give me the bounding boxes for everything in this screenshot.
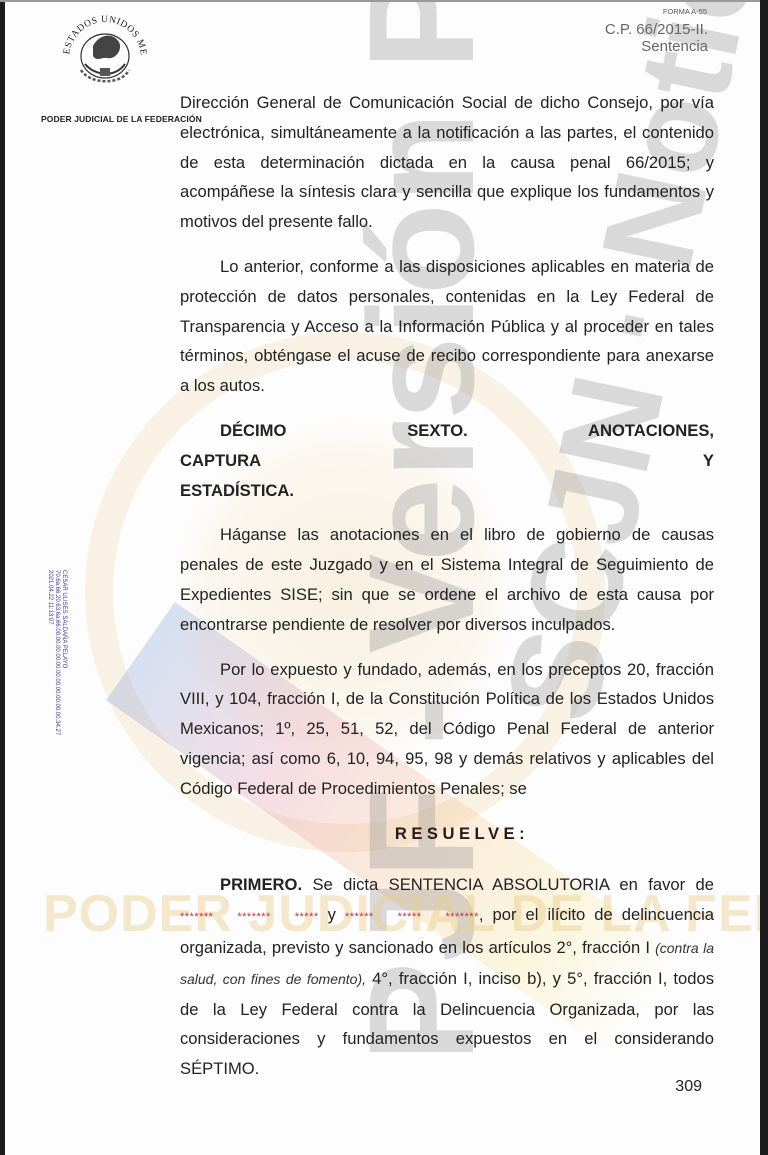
- signature-certificate: 70.6a.66.20.63.6a.66.00.00.00.00.00.00.0…: [53, 570, 60, 735]
- signer-name: CESAR ULISES SALDAÑA PELAYO: [60, 570, 67, 735]
- electronic-signature: CESAR ULISES SALDAÑA PELAYO 70.6a.66.20.…: [43, 570, 69, 750]
- redacted-name-2: ****** ***** *******: [345, 911, 479, 923]
- signature-timestamp: 2021.04.22 11:13:07: [46, 570, 53, 735]
- paragraph-data-protection: Lo anterior, conforme a las disposicione…: [180, 252, 714, 401]
- first-resolution-label: PRIMERO.: [220, 875, 302, 894]
- paragraph-legal-basis: Por lo expuesto y fundado, además, en lo…: [180, 655, 714, 804]
- document-body: Dirección General de Comunicación Social…: [180, 88, 714, 1099]
- document-type: Sentencia: [641, 38, 708, 55]
- page-number: 309: [675, 1078, 702, 1096]
- paragraph-communication: Dirección General de Comunicación Social…: [180, 88, 714, 237]
- document-page: PJF - Versión Pública SCJN · Noticias PO…: [5, 2, 760, 1155]
- viewer-right-edge: [760, 0, 768, 1155]
- paragraph-first-resolution: PRIMERO. Se dicta SENTENCIA ABSOLUTORIA …: [180, 870, 714, 1084]
- paragraph-annotations: Háganse las anotaciones en el libro de g…: [180, 520, 714, 639]
- agency-name: PODER JUDICIAL DE LA FEDERACIÓN: [41, 114, 202, 124]
- section-heading-line2: ESTADÍSTICA.: [180, 476, 714, 506]
- section-heading-line1: DÉCIMO SEXTO. ANOTACIONES, CAPTURA Y: [180, 416, 714, 476]
- form-code: FORMA A-55: [663, 7, 707, 16]
- case-id: C.P. 66/2015-II.: [605, 21, 708, 38]
- redacted-name-1: ******* ******* *****: [180, 911, 319, 923]
- section-heading: DÉCIMO SEXTO. ANOTACIONES, CAPTURA Y EST…: [180, 416, 714, 505]
- national-seal-icon: ESTADOS UNIDOS MEXICANOS: [55, 6, 155, 102]
- resolves-heading: RESUELVE:: [210, 819, 714, 849]
